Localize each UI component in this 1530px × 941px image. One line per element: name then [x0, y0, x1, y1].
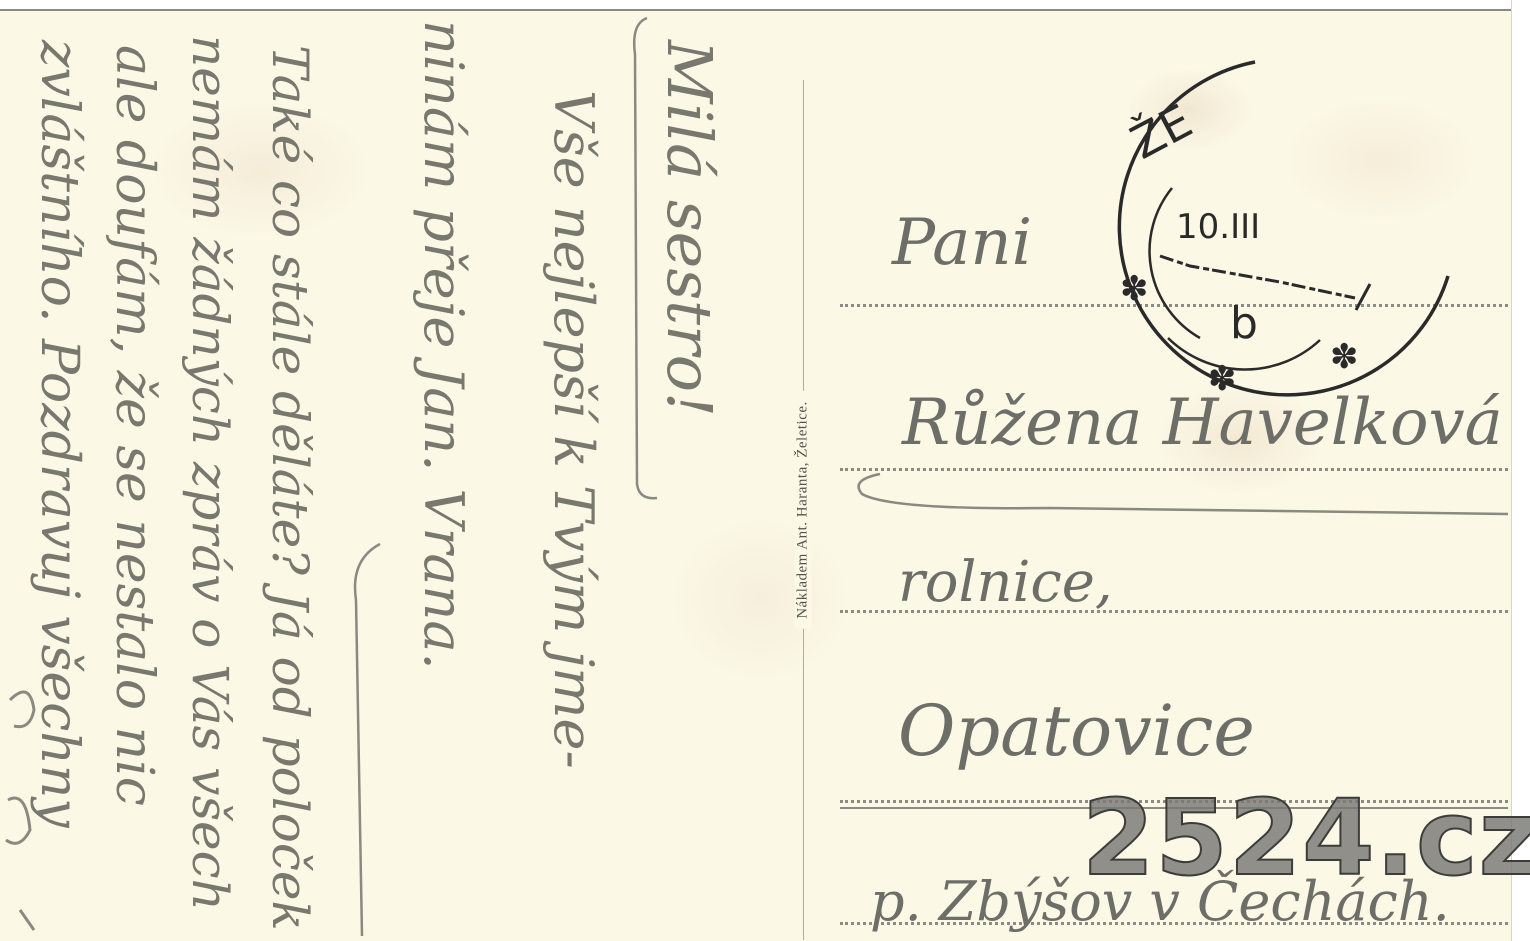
message-line: ale doufám, že se nestalo nic — [108, 45, 160, 806]
message-line: Vše nejlepší k Tvým jme- — [546, 90, 600, 769]
message-line: ninám přeje Jan. Vrana. — [416, 20, 470, 670]
address-town: Opatovice — [898, 690, 1255, 772]
signature-scribble — [0, 680, 70, 941]
postcard-back: Milá sestro! Vše nejlepší k Tvým jme- ni… — [0, 0, 1530, 941]
svg-text:✽: ✽ — [1120, 269, 1149, 309]
message-line: Také co stále děláte? Já od poloček — [265, 45, 315, 931]
address-salutation: Pani — [892, 206, 1032, 280]
postmark-stamp: ŽE 10.III b ✽ ✽ ✽ — [1080, 48, 1460, 428]
svg-text:✽: ✽ — [1330, 337, 1359, 377]
svg-text:✽: ✽ — [1208, 359, 1237, 399]
site-watermark: 2524.cz — [1082, 786, 1530, 890]
message-greeting: Milá sestro! — [658, 40, 720, 417]
scan-edge-top — [0, 0, 1512, 11]
name-underline-flourish — [850, 470, 1510, 520]
message-line: nemám žádných zpráv o Vás všech — [185, 35, 235, 911]
svg-text:b: b — [1230, 298, 1258, 349]
address-occupation: rolnice, — [898, 550, 1113, 615]
publisher-imprint: Nákladem Ant. Haranta, Želetice. — [795, 391, 812, 629]
svg-text:10.III: 10.III — [1176, 207, 1260, 247]
signature-underline-stroke — [340, 540, 400, 940]
